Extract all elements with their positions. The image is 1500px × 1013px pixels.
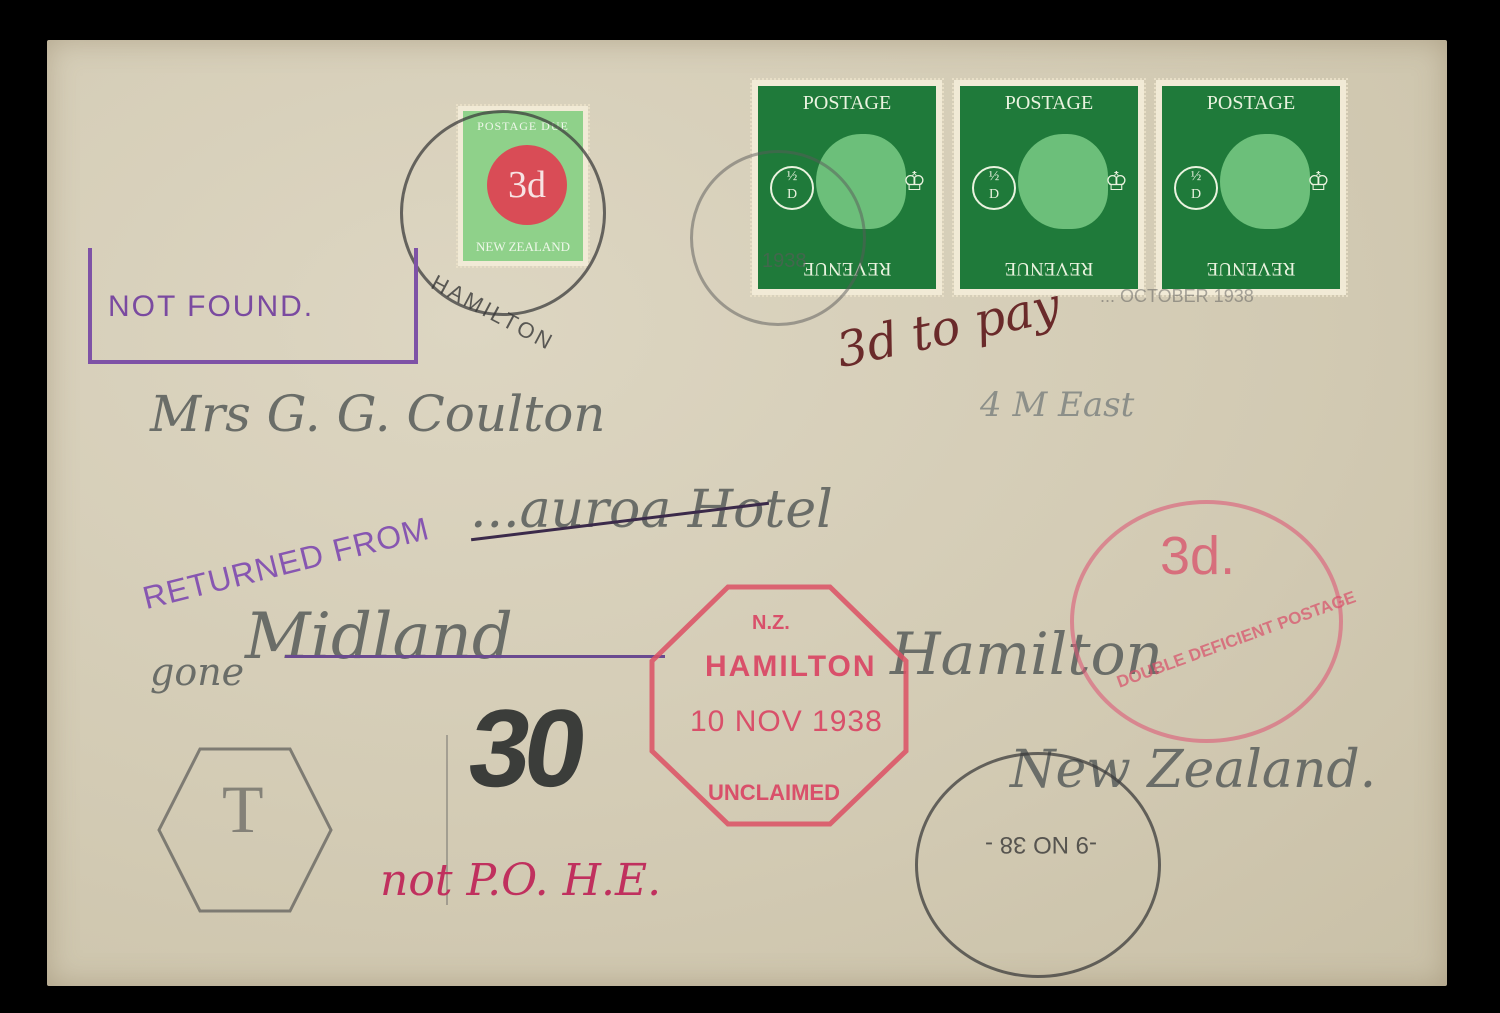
stamp-top-label: POSTAGE xyxy=(758,92,936,115)
bottom-note: not P.O. H.E. xyxy=(380,855,661,906)
machine-cancel-circle xyxy=(690,150,866,326)
tax-mark: T xyxy=(222,770,264,849)
gone-note: gone xyxy=(150,650,244,694)
definitive-stamp-2: POSTAGE ½D ♔ REVENUE xyxy=(954,80,1144,295)
octagon-line-2: HAMILTON xyxy=(705,650,877,684)
crossed-out-place: Midland xyxy=(245,600,513,674)
crown-icon: ♔ xyxy=(903,166,926,197)
number-30: 30 xyxy=(461,685,589,812)
stamp-top-label: POSTAGE xyxy=(1162,92,1340,115)
crown-icon: ♔ xyxy=(1105,166,1128,197)
addressee: Mrs G. G. Coulton xyxy=(150,385,606,443)
king-portrait xyxy=(1220,134,1310,229)
stamp-value: ½D xyxy=(972,166,1016,210)
side-note: 4 M East xyxy=(980,385,1134,425)
not-found-cachet: NOT FOUND. xyxy=(108,290,314,324)
octagon-line-4: UNCLAIMED xyxy=(708,780,840,806)
stamp-top-label: POSTAGE xyxy=(960,92,1138,115)
octagon-line-1: N.Z. xyxy=(752,612,790,635)
octagon-line-3: 10 NOV 1938 xyxy=(690,705,883,739)
deficient-value: 3d. xyxy=(1160,525,1235,587)
stamp-bottom-label: REVENUE xyxy=(960,257,1138,279)
bottom-postmark-date: -9 NO 38 - xyxy=(985,830,1097,858)
crown-icon: ♔ xyxy=(1307,166,1330,197)
cancel-year: 1938 xyxy=(762,250,807,273)
cancel-slogan: ... OCTOBER 1938 xyxy=(1100,286,1254,307)
stamp-value: ½D xyxy=(1174,166,1218,210)
hamilton-postmark-bottom xyxy=(915,752,1161,978)
king-portrait xyxy=(1018,134,1108,229)
strike-line xyxy=(285,655,665,658)
stamp-bottom-label: REVENUE xyxy=(1162,257,1340,279)
definitive-stamp-3: POSTAGE ½D ♔ REVENUE xyxy=(1156,80,1346,295)
